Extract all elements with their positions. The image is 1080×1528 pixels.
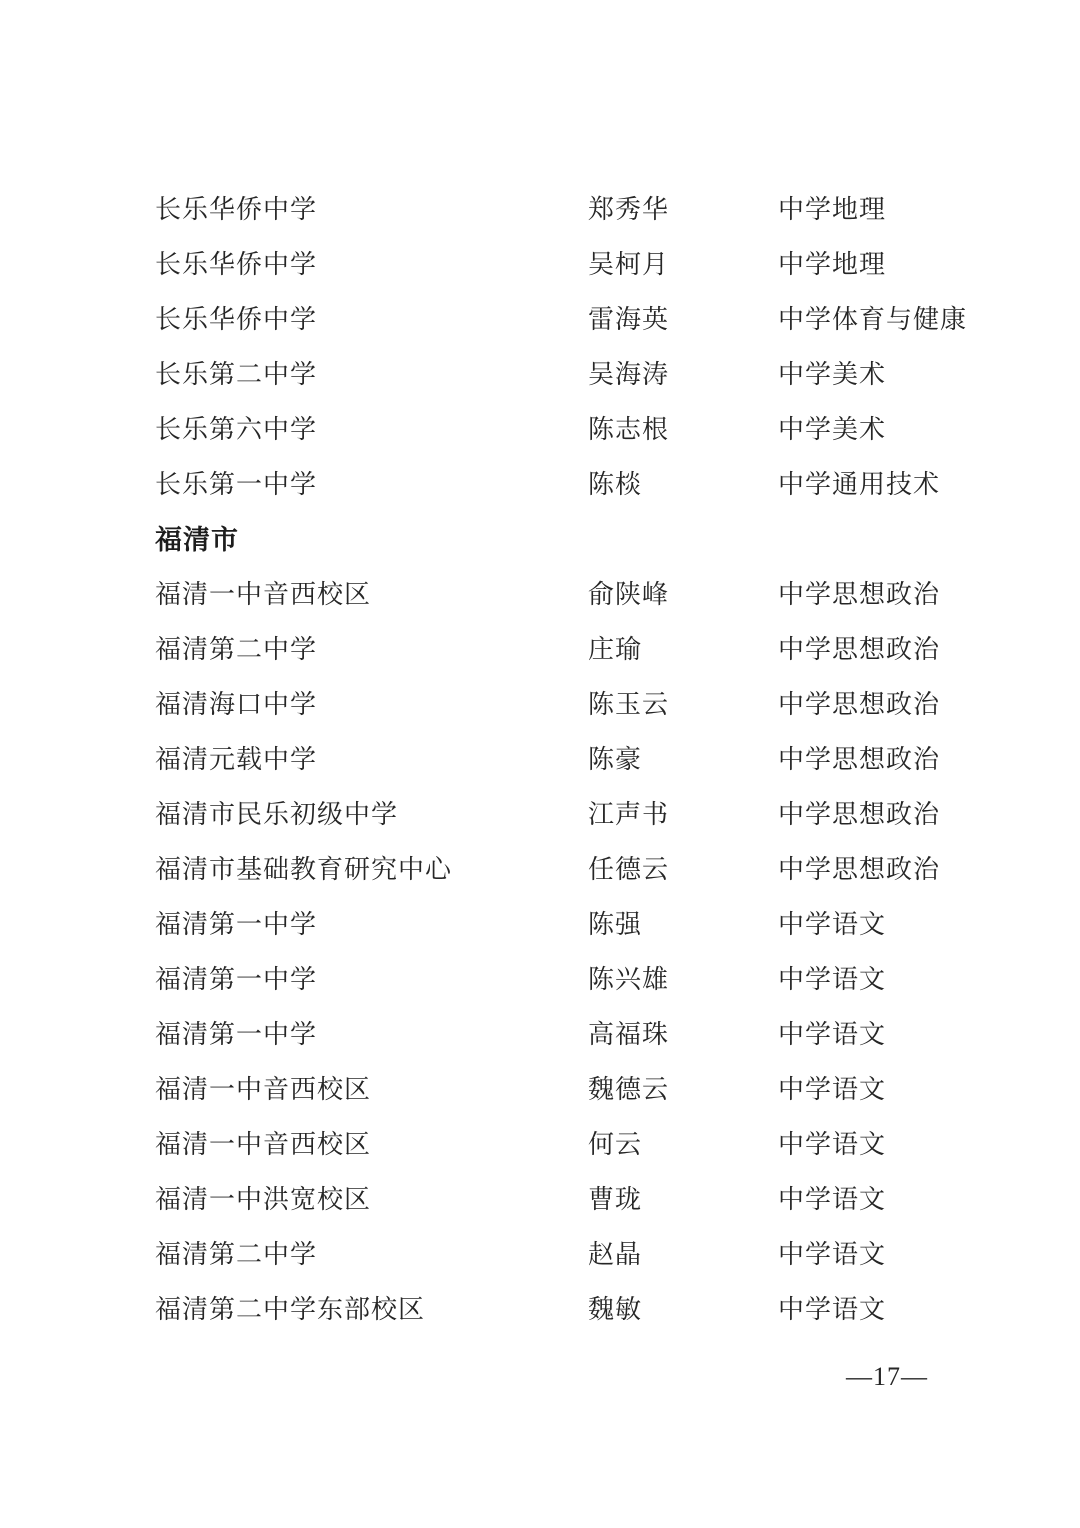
school-cell: 福清第一中学	[155, 904, 588, 941]
table-row: 福清第一中学 陈兴雄 中学语文	[155, 950, 960, 1005]
teacher-name-cell: 庄瑜	[588, 629, 778, 666]
table-row: 福清第二中学东部校区 魏敏 中学语文	[155, 1280, 960, 1335]
subject-cell: 中学语文	[778, 904, 960, 941]
school-cell: 福清一中洪宽校区	[155, 1179, 588, 1216]
teacher-name-cell: 赵晶	[588, 1234, 778, 1271]
table-row: 长乐第六中学 陈志根 中学美术	[155, 400, 960, 455]
school-cell: 福清海口中学	[155, 684, 588, 721]
table-row: 福清第一中学 高福珠 中学语文	[155, 1005, 960, 1060]
subject-cell: 中学语文	[778, 1014, 960, 1051]
table-row: 福清市基础教育研究中心 任德云 中学思想政治	[155, 840, 960, 895]
school-cell: 福清元载中学	[155, 739, 588, 776]
school-cell: 长乐华侨中学	[155, 299, 588, 336]
teacher-name-cell: 陈强	[588, 904, 778, 941]
subject-cell: 中学语文	[778, 1179, 960, 1216]
teacher-name-cell: 吴柯月	[588, 244, 778, 281]
subject-cell: 中学思想政治	[778, 849, 960, 886]
subject-cell: 中学语文	[778, 1124, 960, 1161]
table-row: 长乐华侨中学 郑秀华 中学地理	[155, 180, 960, 235]
subject-cell: 中学语文	[778, 1069, 960, 1106]
school-cell: 福清第二中学	[155, 1234, 588, 1271]
subject-cell: 中学思想政治	[778, 629, 960, 666]
table-row: 福清一中音西校区 俞陕峰 中学思想政治	[155, 565, 960, 620]
table-row: 福清元载中学 陈豪 中学思想政治	[155, 730, 960, 785]
subject-cell: 中学思想政治	[778, 684, 960, 721]
subject-cell: 中学通用技术	[778, 464, 960, 501]
teacher-name-cell: 郑秀华	[588, 189, 778, 226]
teacher-name-cell: 雷海英	[588, 299, 778, 336]
subject-cell: 中学语文	[778, 959, 960, 996]
page-number: —17—	[846, 1362, 928, 1392]
section-header-label: 福清市	[155, 518, 239, 557]
subject-cell: 中学语文	[778, 1289, 960, 1326]
teacher-name-cell: 陈豪	[588, 739, 778, 776]
teacher-name-cell: 何云	[588, 1124, 778, 1161]
subject-cell: 中学地理	[778, 244, 960, 281]
teacher-name-cell: 吴海涛	[588, 354, 778, 391]
table-row: 福清一中洪宽校区 曹珑 中学语文	[155, 1170, 960, 1225]
school-cell: 福清市民乐初级中学	[155, 794, 588, 831]
table-row: 福清一中音西校区 何云 中学语文	[155, 1115, 960, 1170]
table-row: 福清第二中学 庄瑜 中学思想政治	[155, 620, 960, 675]
table-row: 长乐第一中学 陈棪 中学通用技术	[155, 455, 960, 510]
teacher-name-cell: 俞陕峰	[588, 574, 778, 611]
school-cell: 福清市基础教育研究中心	[155, 849, 588, 886]
school-cell: 长乐华侨中学	[155, 244, 588, 281]
school-cell: 福清第一中学	[155, 959, 588, 996]
document-page: 长乐华侨中学 郑秀华 中学地理 长乐华侨中学 吴柯月 中学地理 长乐华侨中学 雷…	[0, 0, 1080, 1528]
school-cell: 福清一中音西校区	[155, 1069, 588, 1106]
school-cell: 福清第二中学	[155, 629, 588, 666]
school-cell: 福清第一中学	[155, 1014, 588, 1051]
table-row: 福清第二中学 赵晶 中学语文	[155, 1225, 960, 1280]
section-header-fuqing: 福清市	[155, 510, 960, 565]
teacher-name-cell: 陈棪	[588, 464, 778, 501]
teacher-name-cell: 江声书	[588, 794, 778, 831]
subject-cell: 中学语文	[778, 1234, 960, 1271]
table-row: 长乐华侨中学 雷海英 中学体育与健康	[155, 290, 960, 345]
teacher-name-cell: 魏德云	[588, 1069, 778, 1106]
subject-cell: 中学美术	[778, 409, 960, 446]
school-cell: 长乐第六中学	[155, 409, 588, 446]
table-row: 福清市民乐初级中学 江声书 中学思想政治	[155, 785, 960, 840]
school-cell: 长乐第一中学	[155, 464, 588, 501]
teacher-name-cell: 陈兴雄	[588, 959, 778, 996]
subject-cell: 中学美术	[778, 354, 960, 391]
subject-cell: 中学思想政治	[778, 739, 960, 776]
teacher-list-table: 长乐华侨中学 郑秀华 中学地理 长乐华侨中学 吴柯月 中学地理 长乐华侨中学 雷…	[155, 180, 960, 1335]
table-row: 长乐华侨中学 吴柯月 中学地理	[155, 235, 960, 290]
teacher-name-cell: 陈玉云	[588, 684, 778, 721]
school-cell: 福清一中音西校区	[155, 1124, 588, 1161]
subject-cell: 中学体育与健康	[778, 299, 967, 336]
school-cell: 长乐华侨中学	[155, 189, 588, 226]
table-row: 福清第一中学 陈强 中学语文	[155, 895, 960, 950]
school-cell: 福清一中音西校区	[155, 574, 588, 611]
teacher-name-cell: 曹珑	[588, 1179, 778, 1216]
school-cell: 福清第二中学东部校区	[155, 1289, 588, 1326]
subject-cell: 中学地理	[778, 189, 960, 226]
table-row: 福清一中音西校区 魏德云 中学语文	[155, 1060, 960, 1115]
table-row: 长乐第二中学 吴海涛 中学美术	[155, 345, 960, 400]
teacher-name-cell: 高福珠	[588, 1014, 778, 1051]
teacher-name-cell: 陈志根	[588, 409, 778, 446]
teacher-name-cell: 任德云	[588, 849, 778, 886]
subject-cell: 中学思想政治	[778, 794, 960, 831]
subject-cell: 中学思想政治	[778, 574, 960, 611]
table-row: 福清海口中学 陈玉云 中学思想政治	[155, 675, 960, 730]
teacher-name-cell: 魏敏	[588, 1289, 778, 1326]
school-cell: 长乐第二中学	[155, 354, 588, 391]
